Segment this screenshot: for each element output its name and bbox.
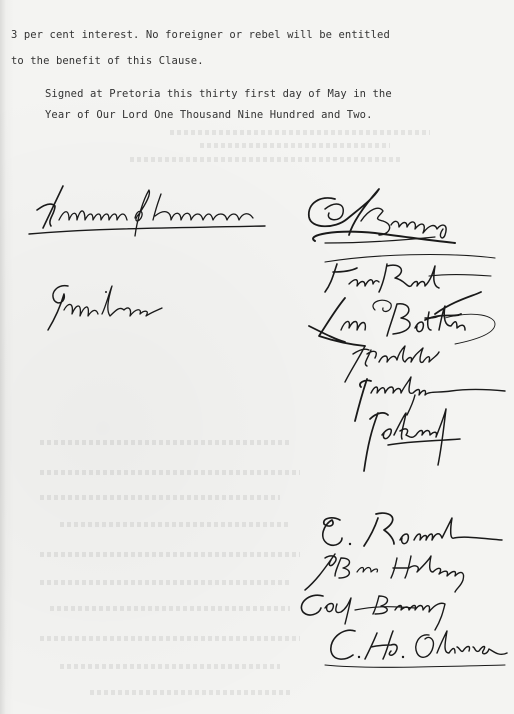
typed-line-2: to the benefit of this Clause. xyxy=(11,55,204,67)
signature-burger: S.W. Burger xyxy=(295,185,495,255)
typed-line-3: Signed at Pretoria this thirty first day… xyxy=(45,88,392,100)
signature-hertzog: J.B.M. Hertzog xyxy=(305,550,505,595)
document-page: 3 per cent interest. No foreigner or reb… xyxy=(0,0,514,714)
signature-krogh: J.C. Krogh xyxy=(360,405,500,480)
signature-kitchener: Kitchener of Khartoum xyxy=(25,180,295,240)
typed-line-1: 3 per cent interest. No foreigner or reb… xyxy=(11,29,390,41)
signature-olivier: C.H. Olivier xyxy=(325,625,514,675)
typed-line-4: Year of Our Lord One Thousand Nine Hundr… xyxy=(45,109,373,121)
signature-milner: Milner xyxy=(40,280,200,340)
signature-dewet: C. Dewet xyxy=(318,510,514,555)
